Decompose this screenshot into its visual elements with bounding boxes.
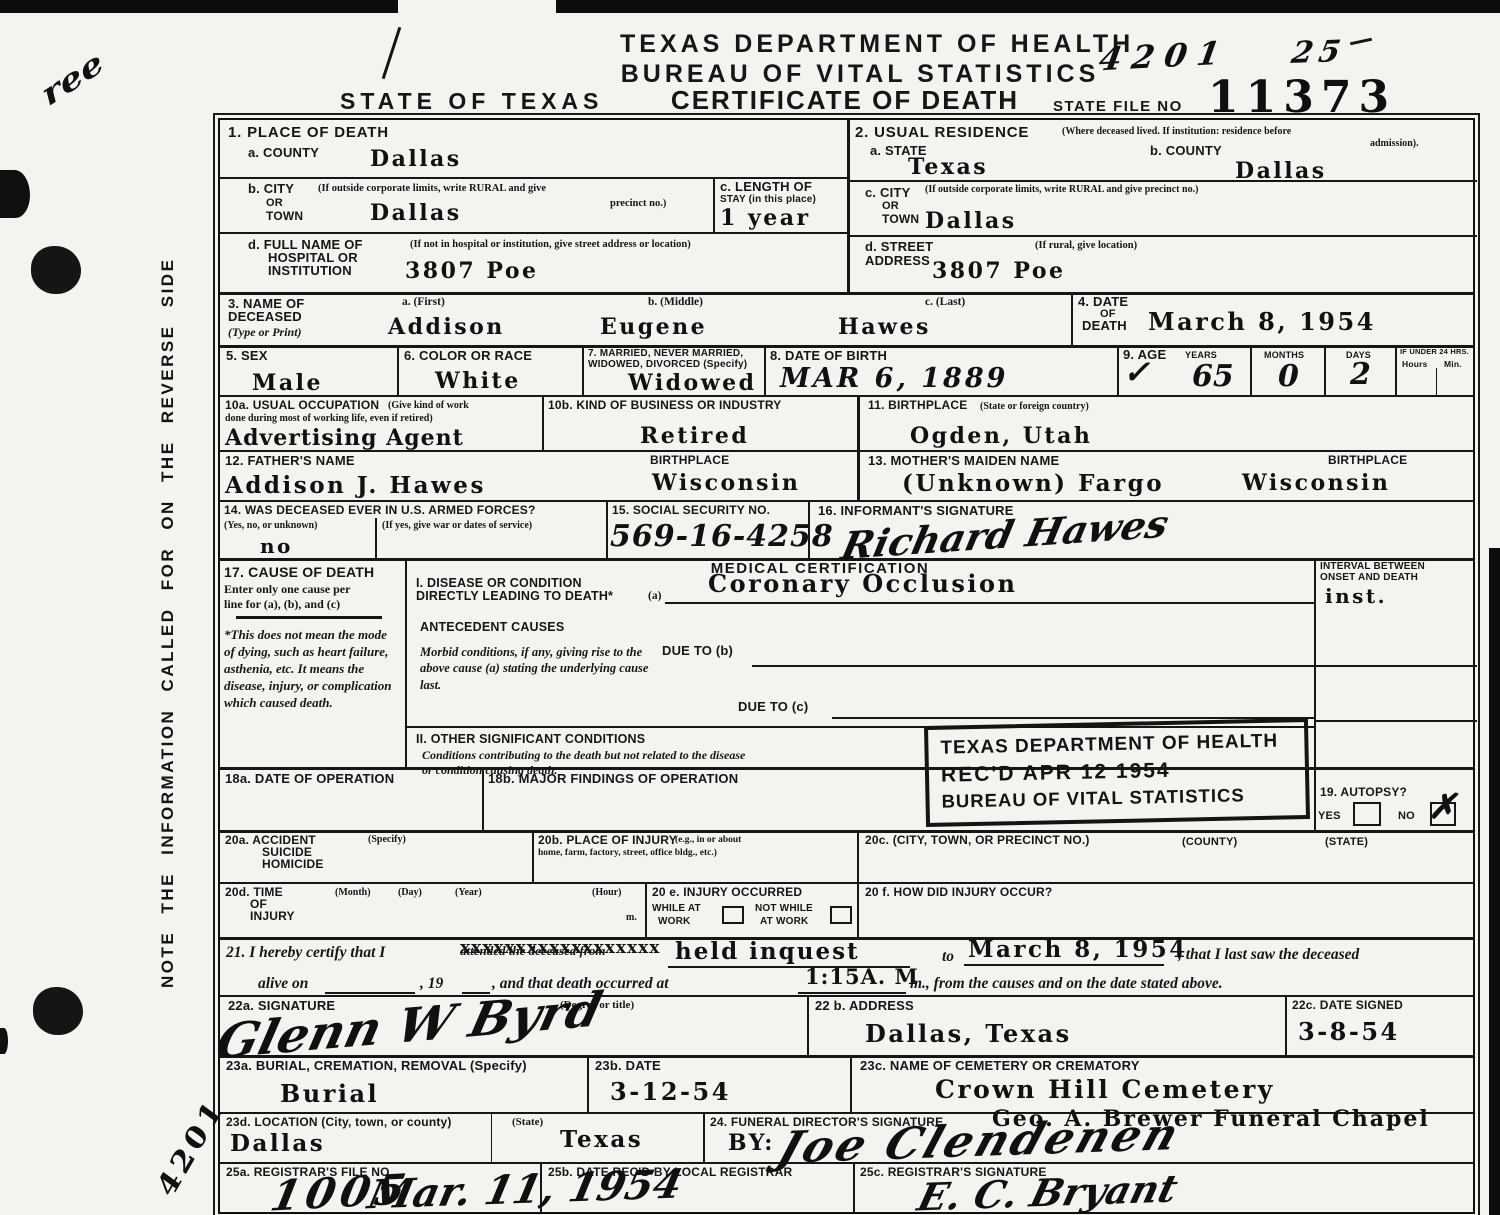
certify-tail1: , that I last saw the deceased xyxy=(1178,946,1359,965)
field-sex-label: 5. SEX xyxy=(226,349,268,364)
while-work-label: WORK xyxy=(658,916,690,928)
antecedent-label: ANTECEDENT CAUSES xyxy=(420,620,564,634)
field-armed-forces-value: no xyxy=(260,536,293,556)
field-stay-label1: c. LENGTH OF xyxy=(720,180,812,195)
field-father-label: 12. FATHER'S NAME xyxy=(225,454,355,469)
grid-line xyxy=(587,1055,589,1112)
field-residence-hint2: admission). xyxy=(1370,138,1419,150)
injury-state-label: (STATE) xyxy=(1325,836,1368,849)
field-hospital-hint: (If not in hospital or institution, give… xyxy=(410,239,691,252)
pen-dash xyxy=(1350,38,1372,46)
field-birth-date-label: 8. DATE OF BIRTH xyxy=(770,349,887,364)
autopsy-label: 19. AUTOPSY? xyxy=(1320,786,1407,800)
field-father-birthplace-value: Wisconsin xyxy=(652,472,800,494)
field-mother-birthplace-label: BIRTHPLACE xyxy=(1328,454,1407,468)
due-to-c-label: DUE TO (c) xyxy=(738,700,808,715)
held-inquest-value: held inquest xyxy=(675,940,860,963)
date-signed-value: 3-8-54 xyxy=(1298,1020,1400,1044)
cause-note1a: Enter only one cause per xyxy=(224,582,350,596)
certify-alive: alive on xyxy=(258,975,308,994)
field-city-value: Dallas xyxy=(370,202,462,224)
field-residence-title: 2. USUAL RESIDENCE xyxy=(855,124,1029,141)
grid-line xyxy=(220,232,847,234)
cause-note2: *This does not mean the mode of dying, s… xyxy=(224,626,400,711)
age-checkmark: ✓ xyxy=(1123,356,1150,388)
scan-edge-bar xyxy=(0,0,398,13)
field-res-city-value: Dallas xyxy=(925,210,1017,232)
burial-date-label: 23b. DATE xyxy=(595,1059,661,1074)
cemetery-label: 23c. NAME OF CEMETERY OR CREMATORY xyxy=(860,1059,1140,1074)
field-middle-value: Eugene xyxy=(600,316,707,338)
field-marital-label2: WIDOWED, DIVORCED (Specify) xyxy=(588,359,747,371)
injury-year-label: (Year) xyxy=(455,887,482,899)
field-armed-forces-label: 14. WAS DECEASED EVER IN U.S. ARMED FORC… xyxy=(224,504,536,518)
field-city-hint2: precinct no.) xyxy=(610,198,666,211)
field-street-label2: ADDRESS xyxy=(865,254,930,269)
injury-place-label: 20b. PLACE OF INJURY xyxy=(538,834,677,848)
injury-place-hint1: (e.g., in or about xyxy=(675,835,741,846)
grid-line xyxy=(847,120,850,292)
grid-line xyxy=(491,1112,492,1162)
grid-line xyxy=(220,830,1473,833)
funeral-firm-value: Geo. A. Brewer Funeral Chapel xyxy=(992,1108,1430,1130)
field-res-county-value: Dallas xyxy=(1235,160,1327,182)
field-mother-birthplace-value: Wisconsin xyxy=(1242,472,1390,494)
field-county-label: a. COUNTY xyxy=(248,146,319,161)
injury-city-label: 20c. (CITY, TOWN, OR PRECINCT NO.) xyxy=(865,834,1090,848)
not-while-at-work-checkbox xyxy=(830,906,852,924)
field-armed-forces-hint2: (If yes, give war or dates of service) xyxy=(382,520,532,532)
field-ssn-label: 15. SOCIAL SECURITY NO. xyxy=(612,504,770,518)
address-label: 22 b. ADDRESS xyxy=(815,999,914,1014)
field-race-label: 6. COLOR OR RACE xyxy=(404,349,532,364)
field-birthplace-value: Ogden, Utah xyxy=(910,425,1092,447)
grid-line xyxy=(532,830,534,882)
disease-value: Coronary Occlusion xyxy=(708,572,1018,596)
pen-slash-mark xyxy=(382,27,402,79)
certify-date-value: March 8, 1954 xyxy=(968,938,1188,961)
field-city-or: OR xyxy=(266,197,283,210)
grid-line xyxy=(397,345,399,395)
field-first-value: Addison xyxy=(388,316,505,338)
ink-blob xyxy=(0,170,30,218)
grid-line xyxy=(220,882,1473,884)
certificate-title: CERTIFICATE OF DEATH xyxy=(660,86,1030,116)
field-first-label: a. (First) xyxy=(402,296,445,310)
grid-line xyxy=(1314,767,1316,830)
grid-line xyxy=(582,345,584,395)
field-birthplace-hint: (State or foreign country) xyxy=(980,401,1089,413)
field-res-city-or: OR xyxy=(882,200,899,213)
field-last-value: Hawes xyxy=(838,316,931,338)
field-res-city-town: TOWN xyxy=(882,213,919,227)
certify-lead: 21. I hereby certify that I xyxy=(226,944,385,963)
field-age-days-value: 2 xyxy=(1350,360,1371,390)
scan-edge-bar xyxy=(1489,548,1500,1215)
field-mother-value: (Unknown) Fargo xyxy=(902,472,1164,495)
field-mother-label: 13. MOTHER'S MAIDEN NAME xyxy=(868,454,1059,469)
grid-line xyxy=(850,180,1477,182)
certify-19: , 19 xyxy=(420,975,443,994)
cause-note1b: line for (a), (b), and (c) xyxy=(224,597,340,611)
state-file-number: 11373 xyxy=(1208,72,1396,123)
injury-day-label: (Day) xyxy=(398,887,422,899)
interval-value: inst. xyxy=(1325,586,1387,606)
operation-findings-label: 18b. MAJOR FINDINGS OF OPERATION xyxy=(488,772,738,787)
entry-rule xyxy=(325,992,415,994)
not-at-work-label: AT WORK xyxy=(760,916,808,928)
field-race-value: White xyxy=(435,370,521,392)
punch-hole xyxy=(33,987,83,1035)
certify-to: to xyxy=(942,948,954,967)
cause-of-death-label: 17. CAUSE OF DEATH xyxy=(224,564,374,580)
burial-date-value: 3-12-54 xyxy=(610,1080,731,1104)
divider-rule xyxy=(236,616,382,619)
death-time-value: 1:15A. M xyxy=(805,966,919,987)
injury-m-label: m. xyxy=(626,912,637,924)
due-to-b-label: DUE TO (b) xyxy=(662,644,733,659)
field-stay-value: 1 year xyxy=(720,207,811,229)
field-place-of-death-title: 1. PLACE OF DEATH xyxy=(228,124,389,141)
field-ssn-value: 569-16-4258 xyxy=(610,522,834,552)
cemetery-value: Crown Hill Cemetery xyxy=(935,1077,1275,1102)
grid-line xyxy=(1314,665,1477,667)
location-state-value: Texas xyxy=(560,1128,643,1151)
autopsy-no-mark: ✗ xyxy=(1428,790,1457,824)
field-occupation-value: Advertising Agent xyxy=(225,427,464,449)
punch-hole xyxy=(31,246,81,294)
grid-line xyxy=(1250,345,1252,395)
field-father-birthplace-label: BIRTHPLACE xyxy=(650,454,729,468)
handwritten-number: 25 xyxy=(1289,37,1348,69)
field-birthplace-label: 11. BIRTHPLACE xyxy=(868,399,968,413)
grid-line xyxy=(857,395,860,450)
autopsy-yes-label: YES xyxy=(1318,810,1341,823)
while-at-work-checkbox xyxy=(722,906,744,924)
injury-county-label: (COUNTY) xyxy=(1182,836,1237,849)
struck-text: attended the deceased from xxxxxxxxxxxxx… xyxy=(460,942,606,960)
field-age-years-value: 65 xyxy=(1192,362,1234,392)
field-residence-hint1: (Where deceased lived. If institution: r… xyxy=(1062,126,1291,138)
location-label: 23d. LOCATION (City, town, or county) xyxy=(226,1116,452,1130)
other-conditions-label: II. OTHER SIGNIFICANT CONDITIONS xyxy=(416,732,645,746)
date-signed-label: 22c. DATE SIGNED xyxy=(1292,999,1403,1013)
entry-rule xyxy=(665,602,1314,604)
header-state-of-texas: STATE OF TEXAS xyxy=(340,88,590,114)
field-death-date-value: March 8, 1954 xyxy=(1148,310,1376,334)
entry-rule xyxy=(798,992,906,994)
grid-line xyxy=(220,395,1473,397)
field-name-label3: (Type or Print) xyxy=(228,325,302,339)
scan-edge-bar xyxy=(556,0,1500,13)
grid-line xyxy=(1314,720,1477,722)
field-middle-label: b. (Middle) xyxy=(648,296,703,310)
interval-label2: ONSET AND DEATH xyxy=(1320,572,1418,584)
registrar-date-value: Mar. 11, 1954 xyxy=(364,1165,685,1215)
field-res-city-label: c. CITY xyxy=(865,186,910,201)
header-line1: TEXAS DEPARTMENT OF HEALTH xyxy=(620,30,1100,59)
grid-line xyxy=(850,235,1477,237)
grid-line xyxy=(606,500,608,558)
certificate-form: 1. PLACE OF DEATH a. COUNTY Dallas b. CI… xyxy=(218,118,1475,1214)
field-marital-value: Widowed xyxy=(628,372,757,394)
grid-line xyxy=(220,500,1473,502)
field-age-months-value: 0 xyxy=(1278,362,1299,392)
grid-line xyxy=(857,882,859,937)
injury-time-label3: INJURY xyxy=(250,910,295,924)
field-name-label2: DECEASED xyxy=(228,310,302,325)
not-while-label: NOT WHILE xyxy=(755,903,813,915)
injury-month-label: (Month) xyxy=(335,887,371,899)
while-at-label: WHILE AT xyxy=(652,903,701,915)
grid-line xyxy=(713,177,715,232)
operation-date-label: 18a. DATE OF OPERATION xyxy=(225,772,394,787)
corner-pen-squiggle: ree xyxy=(37,47,109,111)
grid-line xyxy=(850,1055,852,1112)
grid-line xyxy=(1395,345,1397,395)
injury-hour-label: (Hour) xyxy=(592,887,621,899)
field-occupation-hint2: done during most of working life, even i… xyxy=(225,413,433,425)
grid-line xyxy=(1117,345,1119,395)
grid-line xyxy=(645,882,647,937)
grid-line xyxy=(1436,368,1437,395)
burial-value: Burial xyxy=(280,1082,379,1106)
location-city-value: Dallas xyxy=(230,1132,325,1155)
field-street-value: 3807 Poe xyxy=(932,260,1066,282)
interval-label1: INTERVAL BETWEEN xyxy=(1320,561,1425,573)
grid-line xyxy=(220,292,1473,295)
disease-a-label: (a) xyxy=(648,590,661,604)
certify-tail2: m., from the causes and on the date stat… xyxy=(910,975,1223,994)
field-res-city-hint: (If outside corporate limits, write RURA… xyxy=(925,184,1198,196)
state-file-label: STATE FILE NO xyxy=(1053,98,1183,115)
field-industry-value: Retired xyxy=(640,425,749,447)
struck-over-x: xxxxxxxxxxxxxxxxxx xyxy=(460,938,660,958)
field-death-date-label3: DEATH xyxy=(1082,319,1127,334)
grid-line xyxy=(1071,292,1073,345)
grid-line xyxy=(857,450,860,500)
scanned-death-certificate: ree NOTE THE INFORMATION CALLED FOR ON T… xyxy=(0,0,1500,1215)
grid-line xyxy=(857,830,859,882)
reverse-side-note: NOTE THE INFORMATION CALLED FOR ON THE R… xyxy=(158,283,178,988)
field-birth-date-value: MAR 6, 1889 xyxy=(780,365,1008,392)
field-street-hint: (If rural, give location) xyxy=(1035,240,1137,253)
field-city-hint: (If outside corporate limits, write RURA… xyxy=(318,183,546,196)
field-marital-label1: 7. MARRIED, NEVER MARRIED, xyxy=(588,348,743,360)
field-occupation-label: 10a. USUAL OCCUPATION xyxy=(225,399,379,413)
grid-line xyxy=(375,518,377,558)
grid-line xyxy=(703,1112,705,1162)
field-industry-label: 10b. KIND OF BUSINESS OR INDUSTRY xyxy=(548,399,782,413)
grid-line xyxy=(807,995,809,1055)
antecedent-hint: Morbid conditions, if any, giving rise t… xyxy=(420,644,655,693)
ink-blob xyxy=(0,1028,8,1054)
field-stay-label2: STAY (in this place) xyxy=(720,194,816,206)
grid-line xyxy=(1324,345,1326,395)
handwritten-number: 4201 xyxy=(1097,37,1232,76)
field-city-town: TOWN xyxy=(266,210,303,224)
funeral-by-label: BY: xyxy=(728,1132,775,1154)
how-injury-label: 20 f. HOW DID INJURY OCCUR? xyxy=(865,886,1052,900)
grid-line xyxy=(405,558,407,767)
field-county-value: Dallas xyxy=(370,148,462,170)
accident-label3: HOMICIDE xyxy=(262,858,324,872)
field-father-value: Addison J. Hawes xyxy=(225,474,486,497)
entry-rule xyxy=(964,964,1164,966)
registrar-signature: E. C. Bryant xyxy=(914,1170,1181,1215)
accident-specify: (Specify) xyxy=(368,834,406,846)
grid-line xyxy=(1285,995,1287,1055)
field-occupation-hint1: (Give kind of work xyxy=(388,400,469,412)
location-state-label: (State) xyxy=(512,1116,543,1129)
grid-line xyxy=(764,345,766,395)
autopsy-yes-checkbox xyxy=(1353,802,1381,826)
field-state-value: Texas xyxy=(908,156,988,178)
injury-occurred-label: 20 e. INJURY OCCURRED xyxy=(652,886,802,900)
disease-label2: DIRECTLY LEADING TO DEATH* xyxy=(416,589,613,603)
field-under24-label: IF UNDER 24 HRS. xyxy=(1400,348,1469,357)
autopsy-no-label: NO xyxy=(1398,810,1415,823)
field-hospital-label3: INSTITUTION xyxy=(268,264,352,279)
field-hospital-value: 3807 Poe xyxy=(405,260,539,282)
field-armed-forces-hint1: (Yes, no, or unknown) xyxy=(224,520,317,532)
field-hours-label: Hours xyxy=(1402,360,1428,370)
injury-place-hint2: home, farm, factory, street, office bldg… xyxy=(538,848,717,859)
field-city-label: b. CITY xyxy=(248,182,294,197)
field-sex-value: Male xyxy=(252,372,323,394)
field-min-label: Min. xyxy=(1444,360,1462,370)
field-last-label: c. (Last) xyxy=(925,296,965,310)
field-res-county-label: b. COUNTY xyxy=(1150,144,1222,159)
grid-line xyxy=(1314,558,1316,767)
entry-rule xyxy=(752,665,1314,667)
address-value: Dallas, Texas xyxy=(865,1022,1072,1046)
grid-line xyxy=(542,395,544,450)
received-stamp: TEXAS DEPARTMENT OF HEALTH REC'D APR 12 … xyxy=(924,718,1310,827)
